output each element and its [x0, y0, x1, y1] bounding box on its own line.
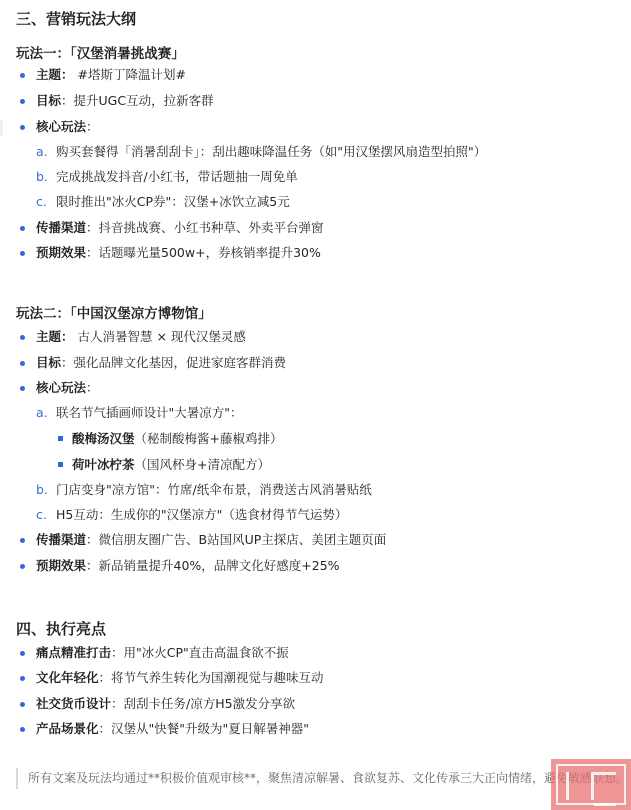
sub-list-item: a.联名节气插画师设计"大暑凉方"： [56, 404, 243, 422]
sub-list-item: c.限时推出"冰火CP券"：汉堡+冰饮立减5元 [56, 193, 290, 211]
bullet-icon [20, 335, 25, 340]
list-item: 产品场景化：汉堡从"快餐"升级为"夏日解暑神器" [36, 720, 309, 738]
play2-title: 玩法二：「中国汉堡凉方博物馆」 [16, 302, 212, 322]
list-item: 社交货币设计：刮刮卡任务/凉方H5激发分享欲 [36, 695, 295, 713]
sub-list-item: a.购买套餐得「消暑刮刮卡」：刮出趣味降温任务（如"用汉堡摆风扇造型拍照"） [56, 143, 486, 161]
list-item: 目标：强化品牌文化基因，促进家庭客群消费 [36, 354, 286, 372]
list-item: 核心玩法： [36, 379, 99, 397]
bullet-icon [20, 361, 25, 366]
play1-title: 玩法一：「汉堡消暑挑战赛」 [16, 42, 185, 62]
list-item: 主题： 古人消暑智慧 × 现代汉堡灵感 [36, 328, 246, 346]
sub-list-item: c.H5互动：生成你的"汉堡凉方"（选食材得节气运势） [56, 506, 347, 524]
bullet-icon [20, 251, 25, 256]
list-item: 主题： #塔斯丁降温计划# [36, 66, 186, 84]
section-title-highlights: 四、执行亮点 [16, 618, 106, 639]
bullet-icon [20, 125, 25, 130]
list-item: 目标：提升UGC互动，拉新客群 [36, 92, 214, 110]
sub-list-item: b.完成挑战发抖音/小红书，带话题抽一周免单 [56, 168, 298, 186]
product-item: 荷叶冰柠茶（国风杯身+清凉配方） [72, 456, 270, 474]
note-blockquote: 所有文案及玩法均通过**积极价值观审核**，聚焦清凉解暑、食欲复苏、文化传承三大… [16, 768, 631, 789]
product-item: 酸梅汤汉堡（秘制酸梅酱+藤椒鸡排） [72, 430, 283, 448]
bullet-icon [20, 99, 25, 104]
watermark-logo-icon [551, 759, 631, 810]
bullet-icon [20, 564, 25, 569]
bullet-icon [20, 702, 25, 707]
bullet-icon [20, 73, 25, 78]
left-edge-marker [0, 120, 3, 136]
bullet-icon [20, 226, 25, 231]
sub-list-item: b.门店变身"凉方馆"：竹席/纸伞布景，消费送古风消暑贴纸 [56, 481, 372, 499]
bullet-icon [20, 651, 25, 656]
square-bullet-icon [58, 462, 63, 467]
list-item: 预期效果：话题曝光量500w+，券核销率提升30% [36, 244, 321, 262]
list-item: 预期效果：新品销量提升40%，品牌文化好感度+25% [36, 557, 340, 575]
bullet-icon [20, 386, 25, 391]
list-item: 传播渠道：微信朋友圈广告、B站国风UP主探店、美团主题页面 [36, 531, 386, 549]
list-item: 核心玩法： [36, 118, 99, 136]
list-item: 文化年轻化：将节气养生转化为国潮视觉与趣味互动 [36, 669, 324, 687]
bullet-icon [20, 538, 25, 543]
square-bullet-icon [58, 436, 63, 441]
bullet-icon [20, 676, 25, 681]
bullet-icon [20, 727, 25, 732]
section-title-marketing-outline: 三、营销玩法大纲 [16, 8, 136, 29]
list-item: 痛点精准打击：用"冰火CP"直击高温食欲不振 [36, 644, 289, 662]
list-item: 传播渠道：抖音挑战赛、小红书种草、外卖平台弹窗 [36, 219, 324, 237]
